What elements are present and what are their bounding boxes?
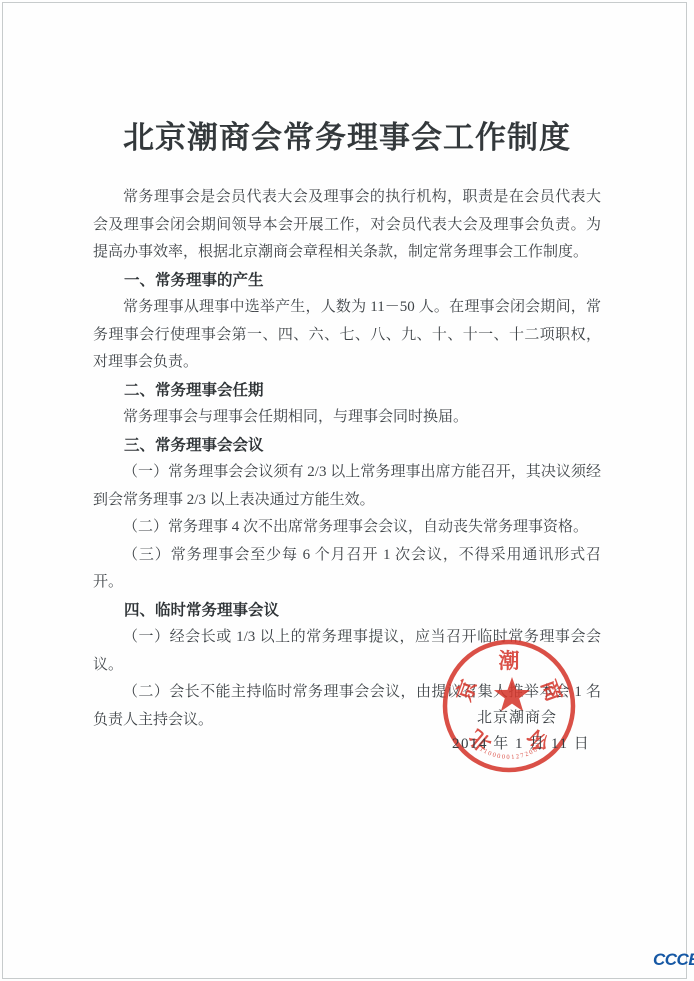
section-1-paragraph-1: 常务理事从理事中选举产生，人数为 11－50 人。在理事会闭会期间，常务理事会行… <box>93 294 601 377</box>
section-2-heading: 二、常务理事会任期 <box>93 377 601 405</box>
seal-ring-char-4: 商 <box>536 677 566 705</box>
section-3-heading: 三、常务理事会会议 <box>93 432 601 460</box>
section-2-paragraph-1: 常务理事会与理事会任期相同，与理事会同时换届。 <box>93 404 601 432</box>
section-3-paragraph-2: （二）常务理事 4 次不出席常务理事会会议，自动丧失常务理事资格。 <box>93 514 601 542</box>
scanned-document-page: 北京潮商会常务理事会工作制度 常务理事会是会员代表大会及理事会的执行机构，职责是… <box>0 0 694 981</box>
official-seal-stamp: 北 京 潮 商 会 1100000127200 <box>439 636 579 776</box>
cccb-watermark: CCCB <box>653 950 694 970</box>
seal-ring-char-2: 京 <box>452 677 482 705</box>
intro-paragraph: 常务理事会是会员代表大会及理事会的执行机构，职责是在会员代表大会及理事会闭会期间… <box>93 184 601 267</box>
seal-star-icon <box>494 677 530 711</box>
section-3-paragraph-1: （一）常务理事会会议须有 2/3 以上常务理事出席方能召开，其决议须经到会常务理… <box>93 459 601 514</box>
document-title: 北京潮商会常务理事会工作制度 <box>0 112 694 157</box>
section-1-heading: 一、常务理事的产生 <box>93 267 601 295</box>
section-4-heading: 四、临时常务理事会议 <box>93 597 601 625</box>
section-3-paragraph-3: （三）常务理事会至少每 6 个月召开 1 次会议，不得采用通讯形式召开。 <box>93 542 601 597</box>
seal-ring-char-3: 潮 <box>499 649 520 673</box>
